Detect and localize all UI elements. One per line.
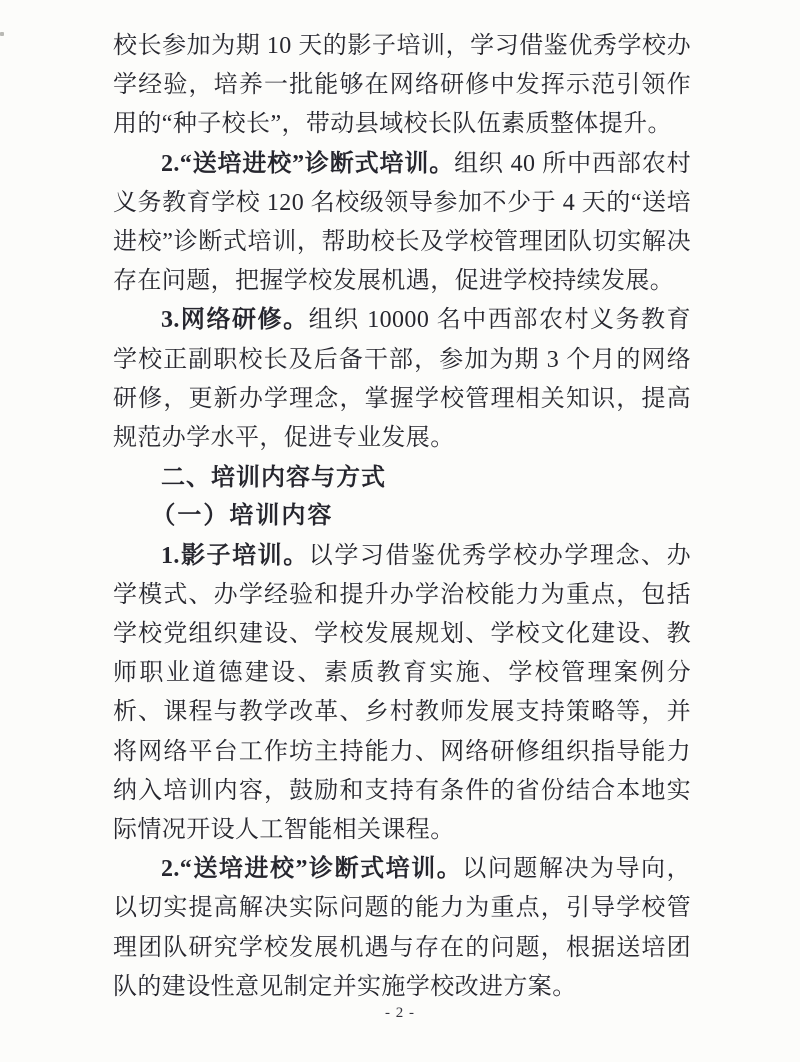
paragraph-online-training-plan: 3.网络研修。组织 10000 名中西部农村义务教育学校正副职校长及后备干部，参…: [113, 301, 691, 458]
paragraph-lead: 3.网络研修。: [161, 307, 309, 333]
paragraph-diagnostic-training-plan: 2.“送培进校”诊断式培训。组织 40 所中西部农村义务教育学校 120 名校级…: [113, 145, 691, 302]
paragraph-text: 以学习借鉴优秀学校办学理念、办学模式、办学经验和提升办学治校能力为重点，包括学校…: [113, 543, 691, 843]
paragraph-text: 校长参加为期 10 天的影子培训，学习借鉴优秀学校办学经验，培养一批能够在网络研…: [113, 33, 691, 137]
subsection-heading: （一）培训内容: [113, 497, 691, 536]
paragraph-diagnostic-training-content: 2.“送培进校”诊断式培训。以问题解决为导向，以切实提高解决实际问题的能力为重点…: [113, 850, 691, 1007]
paragraph-continuation: 校长参加为期 10 天的影子培训，学习借鉴优秀学校办学经验，培养一批能够在网络研…: [113, 27, 691, 145]
paragraph-lead: 2.“送培进校”诊断式培训。: [161, 151, 454, 177]
paragraph-shadow-training-content: 1.影子培训。以学习借鉴优秀学校办学理念、办学模式、办学经验和提升办学治校能力为…: [113, 537, 691, 851]
section-heading: 二、培训内容与方式: [113, 458, 691, 497]
page-number: - 2 -: [0, 1005, 800, 1022]
scan-artifact: [0, 32, 4, 36]
paragraph-lead: 2.“送培进校”诊断式培训。: [161, 856, 462, 882]
document-body: 校长参加为期 10 天的影子培训，学习借鉴优秀学校办学经验，培养一批能够在网络研…: [113, 27, 691, 1007]
paragraph-lead: 1.影子培训。: [161, 543, 309, 569]
document-page: 校长参加为期 10 天的影子培训，学习借鉴优秀学校办学经验，培养一批能够在网络研…: [0, 0, 800, 1062]
